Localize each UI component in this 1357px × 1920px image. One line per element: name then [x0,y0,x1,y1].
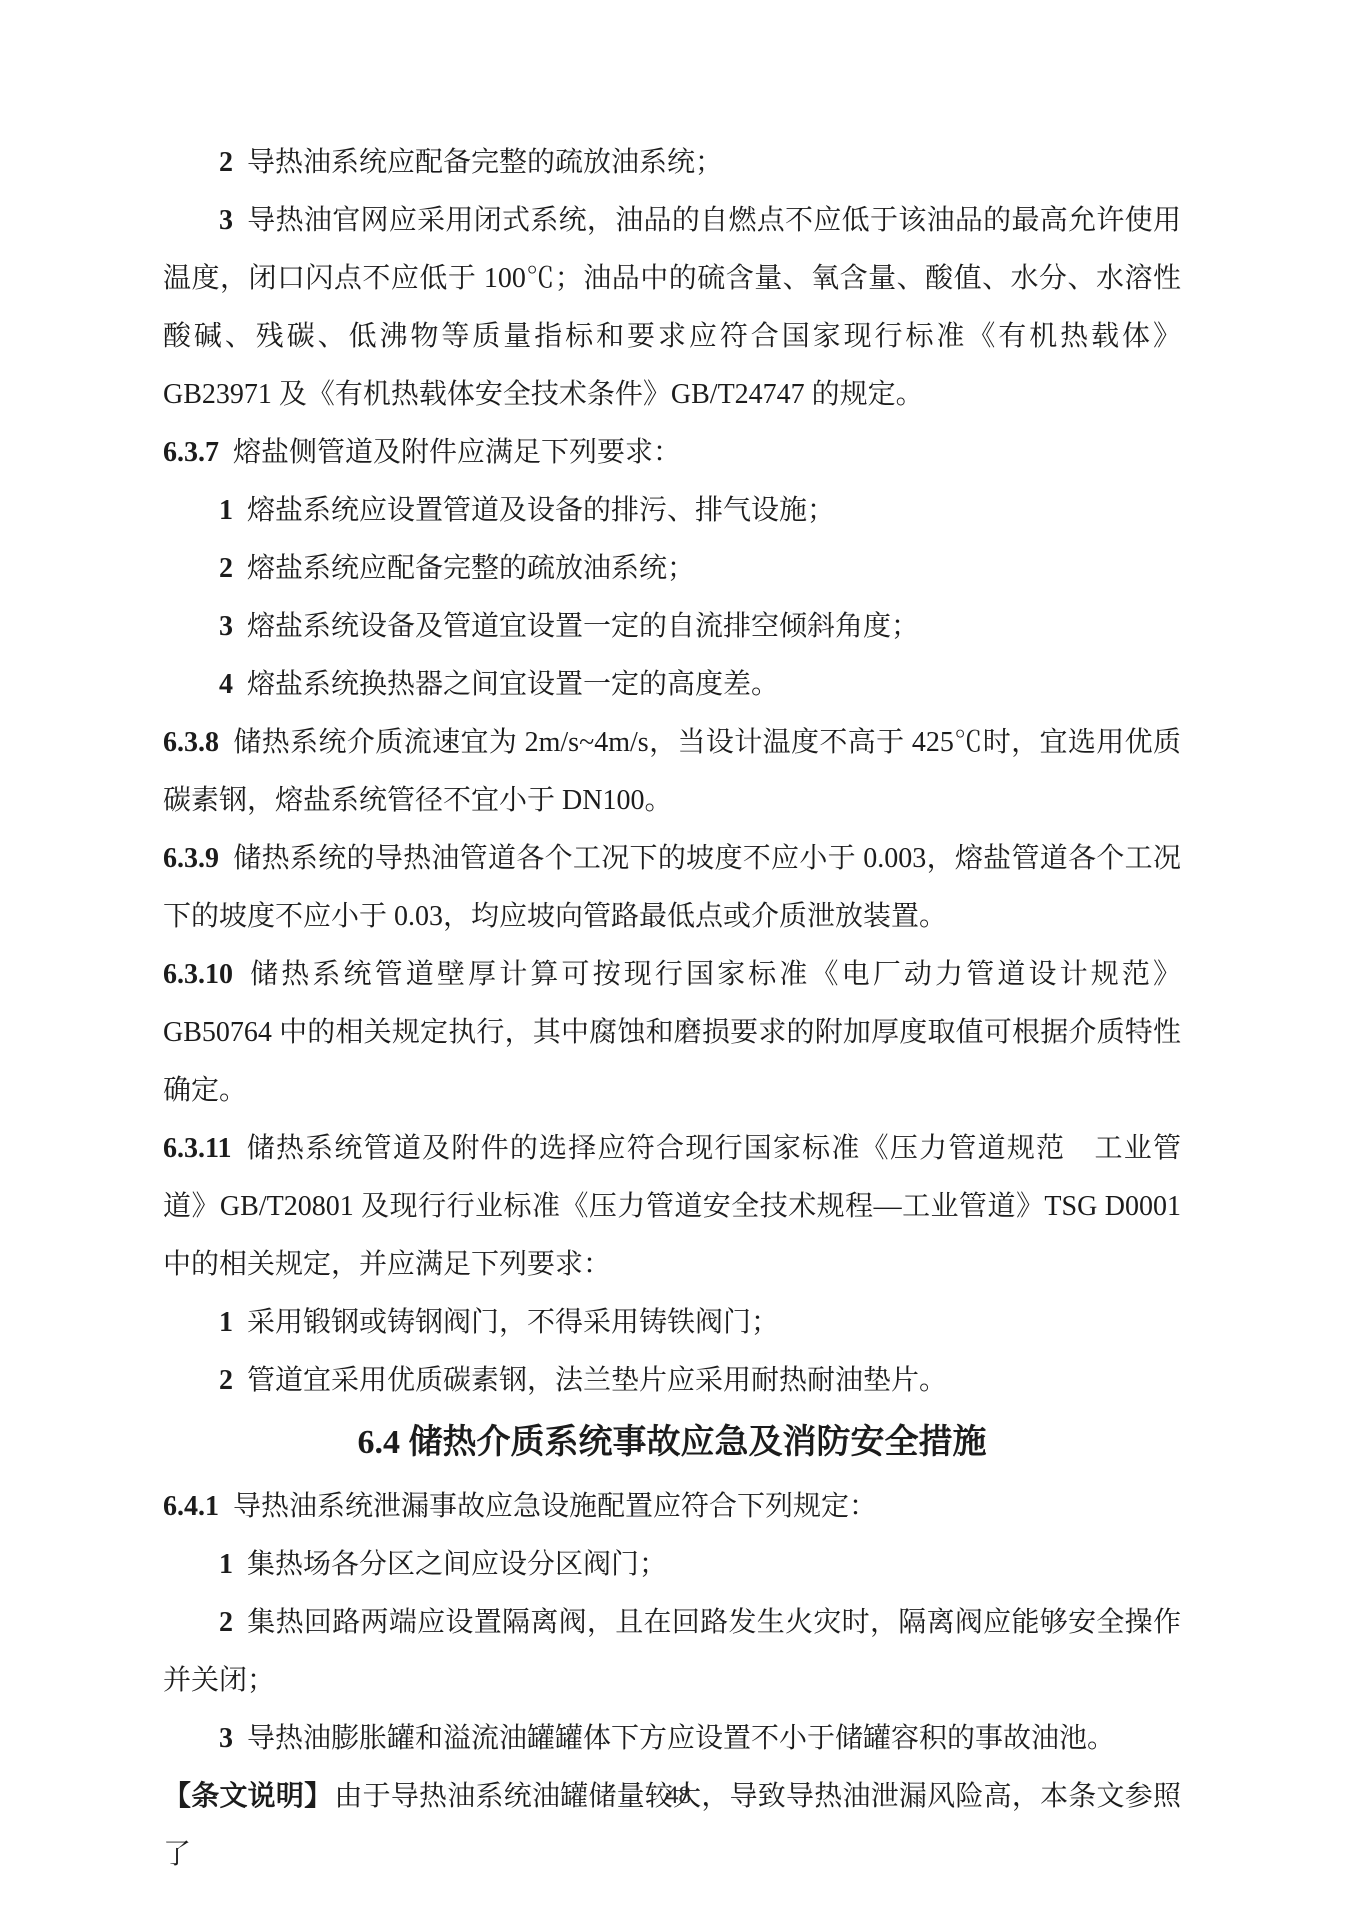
item-number: 2 [219,1607,233,1638]
list-item: 2集热回路两端应设置隔离阀，且在回路发生火灾时，隔离阀应能够安全操作并关闭； [163,1594,1181,1710]
item-number: 3 [219,1723,233,1754]
paragraph-text: 熔盐系统应设置管道及设备的排污、排气设施； [247,495,835,526]
paragraph-text: 熔盐系统换热器之间宜设置一定的高度差。 [247,669,779,700]
list-item: 1集热场各分区之间应设分区阀门； [163,1536,1181,1594]
item-number: 1 [219,1549,233,1580]
item-number: 3 [219,205,233,236]
clause-paragraph: 6.3.10储热系统管道壁厚计算可按现行国家标准《电厂动力管道设计规范》GB50… [163,946,1181,1120]
paragraph-text: 集热场各分区之间应设分区阀门； [247,1549,667,1580]
paragraph-text: 熔盐系统应配备完整的疏放油系统； [247,553,695,584]
clause-number: 6.3.11 [163,1133,231,1164]
document-content: 2导热油系统应配备完整的疏放油系统；3导热油官网应采用闭式系统，油品的自燃点不应… [163,134,1181,1884]
paragraph-text: 采用锻钢或铸钢阀门，不得采用铸铁阀门； [247,1307,779,1338]
item-number: 2 [219,1365,233,1396]
clause-number: 6.3.7 [163,437,219,468]
list-item: 2管道宜采用优质碳素钢，法兰垫片应采用耐热耐油垫片。 [163,1352,1181,1410]
paragraph-text: 熔盐系统设备及管道宜设置一定的自流排空倾斜角度； [247,611,919,642]
paragraph-text: 储热系统介质流速宜为 2m/s~4m/s，当设计温度不高于 425℃时，宜选用优… [163,727,1181,816]
list-item: 2熔盐系统应配备完整的疏放油系统； [163,540,1181,598]
clause-paragraph: 6.3.11储热系统管道及附件的选择应符合现行国家标准《压力管道规范 工业管道》… [163,1120,1181,1294]
paragraph-text: 导热油系统应配备完整的疏放油系统； [247,147,723,178]
list-item: 1熔盐系统应设置管道及设备的排污、排气设施； [163,482,1181,540]
list-item: 1采用锻钢或铸钢阀门，不得采用铸铁阀门； [163,1294,1181,1352]
list-item: 3熔盐系统设备及管道宜设置一定的自流排空倾斜角度； [163,598,1181,656]
paragraph-text: 熔盐侧管道及附件应满足下列要求： [233,437,681,468]
paragraph-text: 导热油官网应采用闭式系统，油品的自燃点不应低于该油品的最高允许使用温度，闭口闪点… [163,205,1181,410]
clause-number: 6.3.10 [163,959,233,990]
paragraph-text: 储热系统管道壁厚计算可按现行国家标准《电厂动力管道设计规范》GB50764 中的… [163,959,1181,1106]
item-number: 1 [219,495,233,526]
section-heading: 6.4 储热介质系统事故应急及消防安全措施 [163,1412,1181,1474]
list-item: 3导热油官网应采用闭式系统，油品的自燃点不应低于该油品的最高允许使用温度，闭口闪… [163,192,1181,424]
list-item: 4熔盐系统换热器之间宜设置一定的高度差。 [163,656,1181,714]
page-number: 48 [0,1778,1357,1814]
clause-number: 6.3.8 [163,727,219,758]
list-item: 3导热油膨胀罐和溢流油罐罐体下方应设置不小于储罐容积的事故油池。 [163,1710,1181,1768]
section-heading-text: 6.4 储热介质系统事故应急及消防安全措施 [358,1424,987,1461]
paragraph-text: 管道宜采用优质碳素钢，法兰垫片应采用耐热耐油垫片。 [247,1365,947,1396]
item-number: 3 [219,611,233,642]
paragraph-text: 集热回路两端应设置隔离阀，且在回路发生火灾时，隔离阀应能够安全操作并关闭； [163,1607,1181,1696]
paragraph-text: 储热系统的导热油管道各个工况下的坡度不应小于 0.003，熔盐管道各个工况下的坡… [163,843,1181,932]
clause-paragraph: 6.3.8储热系统介质流速宜为 2m/s~4m/s，当设计温度不高于 425℃时… [163,714,1181,830]
clause-paragraph: 6.3.9储热系统的导热油管道各个工况下的坡度不应小于 0.003，熔盐管道各个… [163,830,1181,946]
item-number: 1 [219,1307,233,1338]
document-page: 2导热油系统应配备完整的疏放油系统；3导热油官网应采用闭式系统，油品的自燃点不应… [0,0,1357,1920]
clause-paragraph: 6.3.7熔盐侧管道及附件应满足下列要求： [163,424,1181,482]
item-number: 2 [219,147,233,178]
clause-paragraph: 6.4.1导热油系统泄漏事故应急设施配置应符合下列规定： [163,1478,1181,1536]
paragraph-text: 导热油膨胀罐和溢流油罐罐体下方应设置不小于储罐容积的事故油池。 [247,1723,1115,1754]
clause-number: 6.3.9 [163,843,219,874]
paragraph-text: 导热油系统泄漏事故应急设施配置应符合下列规定： [233,1491,877,1522]
item-number: 4 [219,669,233,700]
list-item: 2导热油系统应配备完整的疏放油系统； [163,134,1181,192]
paragraph-text: 储热系统管道及附件的选择应符合现行国家标准《压力管道规范 工业管道》GB/T20… [163,1133,1181,1280]
clause-number: 6.4.1 [163,1491,219,1522]
item-number: 2 [219,553,233,584]
